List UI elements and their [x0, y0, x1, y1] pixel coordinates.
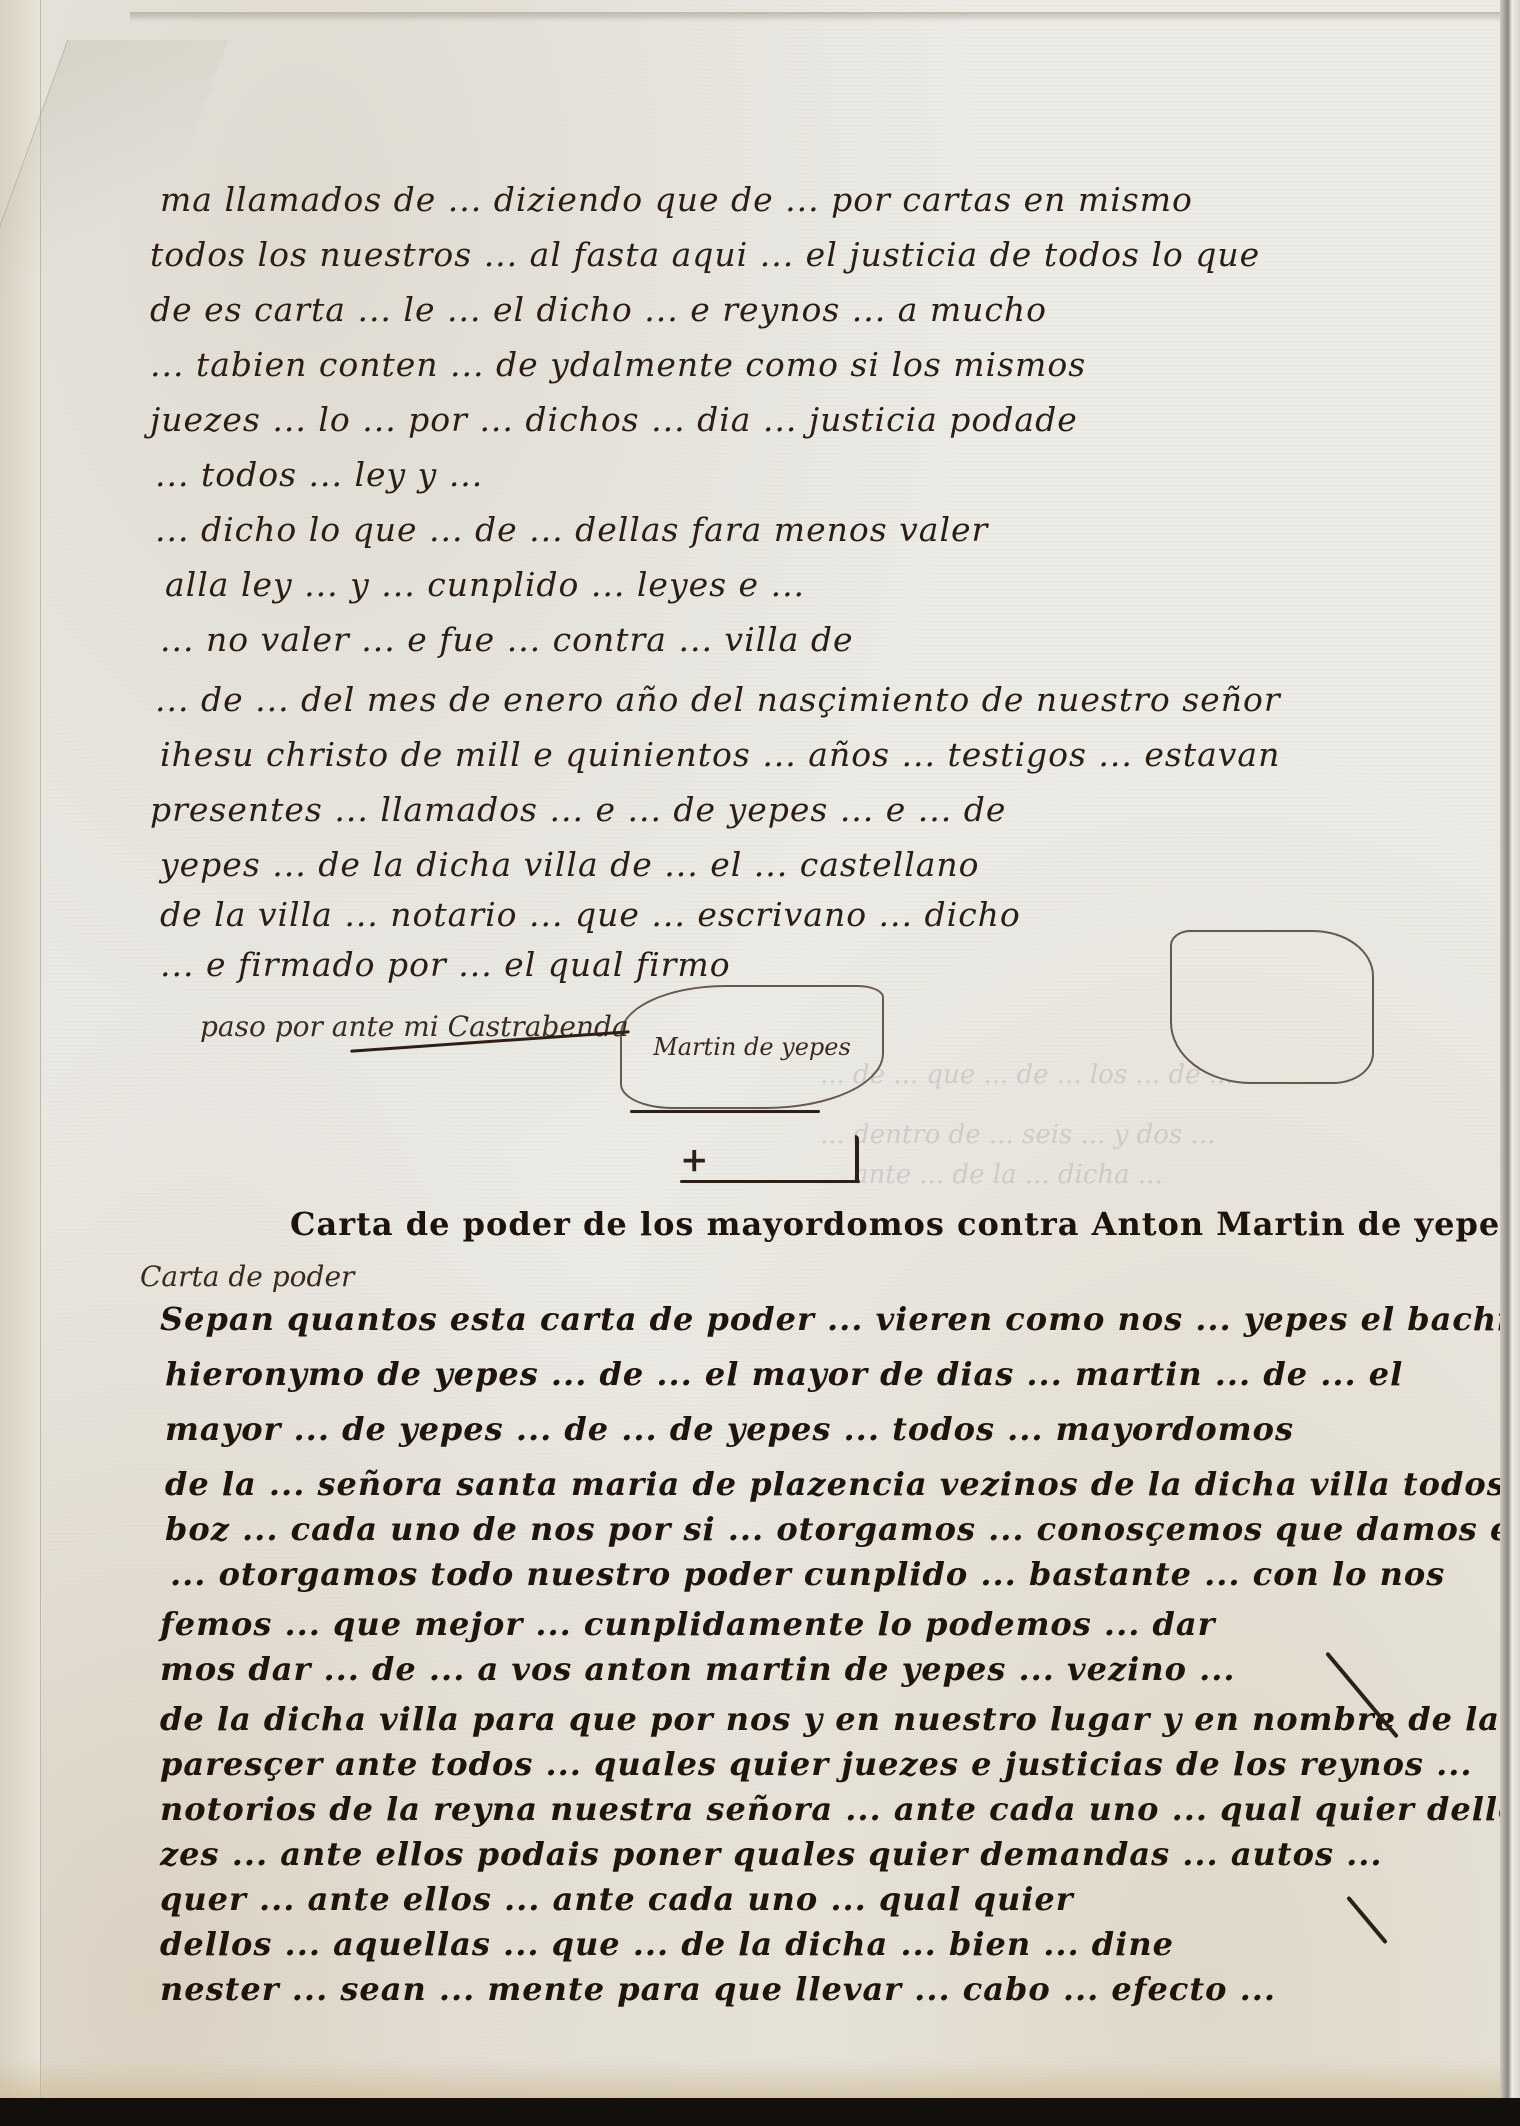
- attestation-text: paso por ante mi Castrabenda: [200, 1010, 629, 1043]
- text-line: de la dicha villa para que por nos y en …: [160, 1700, 1520, 1738]
- text-line: ... dicho lo que ... de ... dellas fara …: [155, 510, 988, 549]
- text-line: de la ... señora santa maria de plazenci…: [165, 1465, 1520, 1503]
- text-line: nester ... sean ... mente para que lleva…: [160, 1970, 1276, 2008]
- text-line: ... de ... del mes de enero año del nasç…: [155, 680, 1281, 719]
- manuscript-page: ... de ... que ... de ... los ... de ...…: [0, 0, 1512, 2098]
- bleed-through-text: ... ante ... de la ... dicha ...: [820, 1160, 1163, 1190]
- text-line: notorios de la reyna nuestra señora ... …: [160, 1790, 1520, 1828]
- text-line: boz ... cada uno de nos por si ... otorg…: [165, 1510, 1511, 1548]
- text-line: juezes ... lo ... por ... dichos ... dia…: [150, 400, 1078, 439]
- signature-martin-de-yepes: Martin de yepes: [620, 985, 884, 1109]
- scan-background: [0, 2098, 1520, 2126]
- section-heading: Carta de poder de los mayordomos contra …: [290, 1205, 1519, 1243]
- text-line: zes ... ante ellos podais poner quales q…: [160, 1835, 1383, 1873]
- text-line: ... tabien conten ... de ydalmente como …: [150, 345, 1086, 384]
- text-line: de es carta ... le ... el dicho ... e re…: [150, 290, 1047, 329]
- text-line: Sepan quantos esta carta de poder ... vi…: [160, 1300, 1520, 1338]
- stained-bottom-edge: [0, 2060, 1510, 2100]
- bleed-through-text: ... dentro de ... seis ... y dos ...: [820, 1120, 1215, 1150]
- bleed-through-text: ... de ... que ... de ... los ... de ...: [820, 1060, 1234, 1090]
- text-line: ... e firmado por ... el qual firmo: [160, 945, 731, 984]
- signature-name: Martin de yepes: [653, 1033, 851, 1061]
- text-line: hieronymo de yepes ... de ... el mayor d…: [165, 1355, 1403, 1393]
- text-line: ... otorgamos todo nuestro poder cunplid…: [170, 1555, 1445, 1593]
- cross-mark: +: [680, 1140, 709, 1180]
- signature-notary-rubric: rubric: [1170, 930, 1374, 1084]
- text-line: ma llamados de ... diziendo que de ... p…: [160, 180, 1193, 219]
- text-line: quer ... ante ellos ... ante cada uno ..…: [160, 1880, 1074, 1918]
- signature-flourish: [630, 1110, 820, 1113]
- text-line: dellos ... aquellas ... que ... de la di…: [160, 1925, 1174, 1963]
- text-line: presentes ... llamados ... e ... de yepe…: [150, 790, 1006, 829]
- text-line: paresçer ante todos ... quales quier jue…: [160, 1745, 1472, 1783]
- text-line: femos ... que mejor ... cunplidamente lo…: [160, 1605, 1215, 1643]
- text-line: ... no valer ... e fue ... contra ... vi…: [160, 620, 854, 659]
- text-line: ... todos ... ley y ...: [155, 455, 483, 494]
- book-gutter: [1500, 0, 1520, 2126]
- text-line: yepes ... de la dicha villa de ... el ..…: [160, 845, 980, 884]
- text-line: todos los nuestros ... al fasta aqui ...…: [150, 235, 1260, 274]
- page-top-edge: [130, 12, 1500, 22]
- heading-bracket-line: [680, 1180, 860, 1183]
- text-line: mayor ... de yepes ... de ... de yepes .…: [165, 1410, 1294, 1448]
- text-line: de la villa ... notario ... que ... escr…: [160, 895, 1021, 934]
- heading-bracket-arc: [855, 1135, 859, 1183]
- marginal-note: Carta de poder: [140, 1260, 354, 1293]
- ascender-stroke: [1346, 1896, 1388, 1945]
- attestation-phrase: paso por ante mi: [200, 1010, 439, 1043]
- page-left-fold: [0, 0, 41, 2098]
- text-line: mos dar ... de ... a vos anton martin de…: [160, 1650, 1236, 1688]
- text-line: alla ley ... y ... cunplido ... leyes e …: [165, 565, 805, 604]
- text-line: ihesu christo de mill e quinientos ... a…: [160, 735, 1280, 774]
